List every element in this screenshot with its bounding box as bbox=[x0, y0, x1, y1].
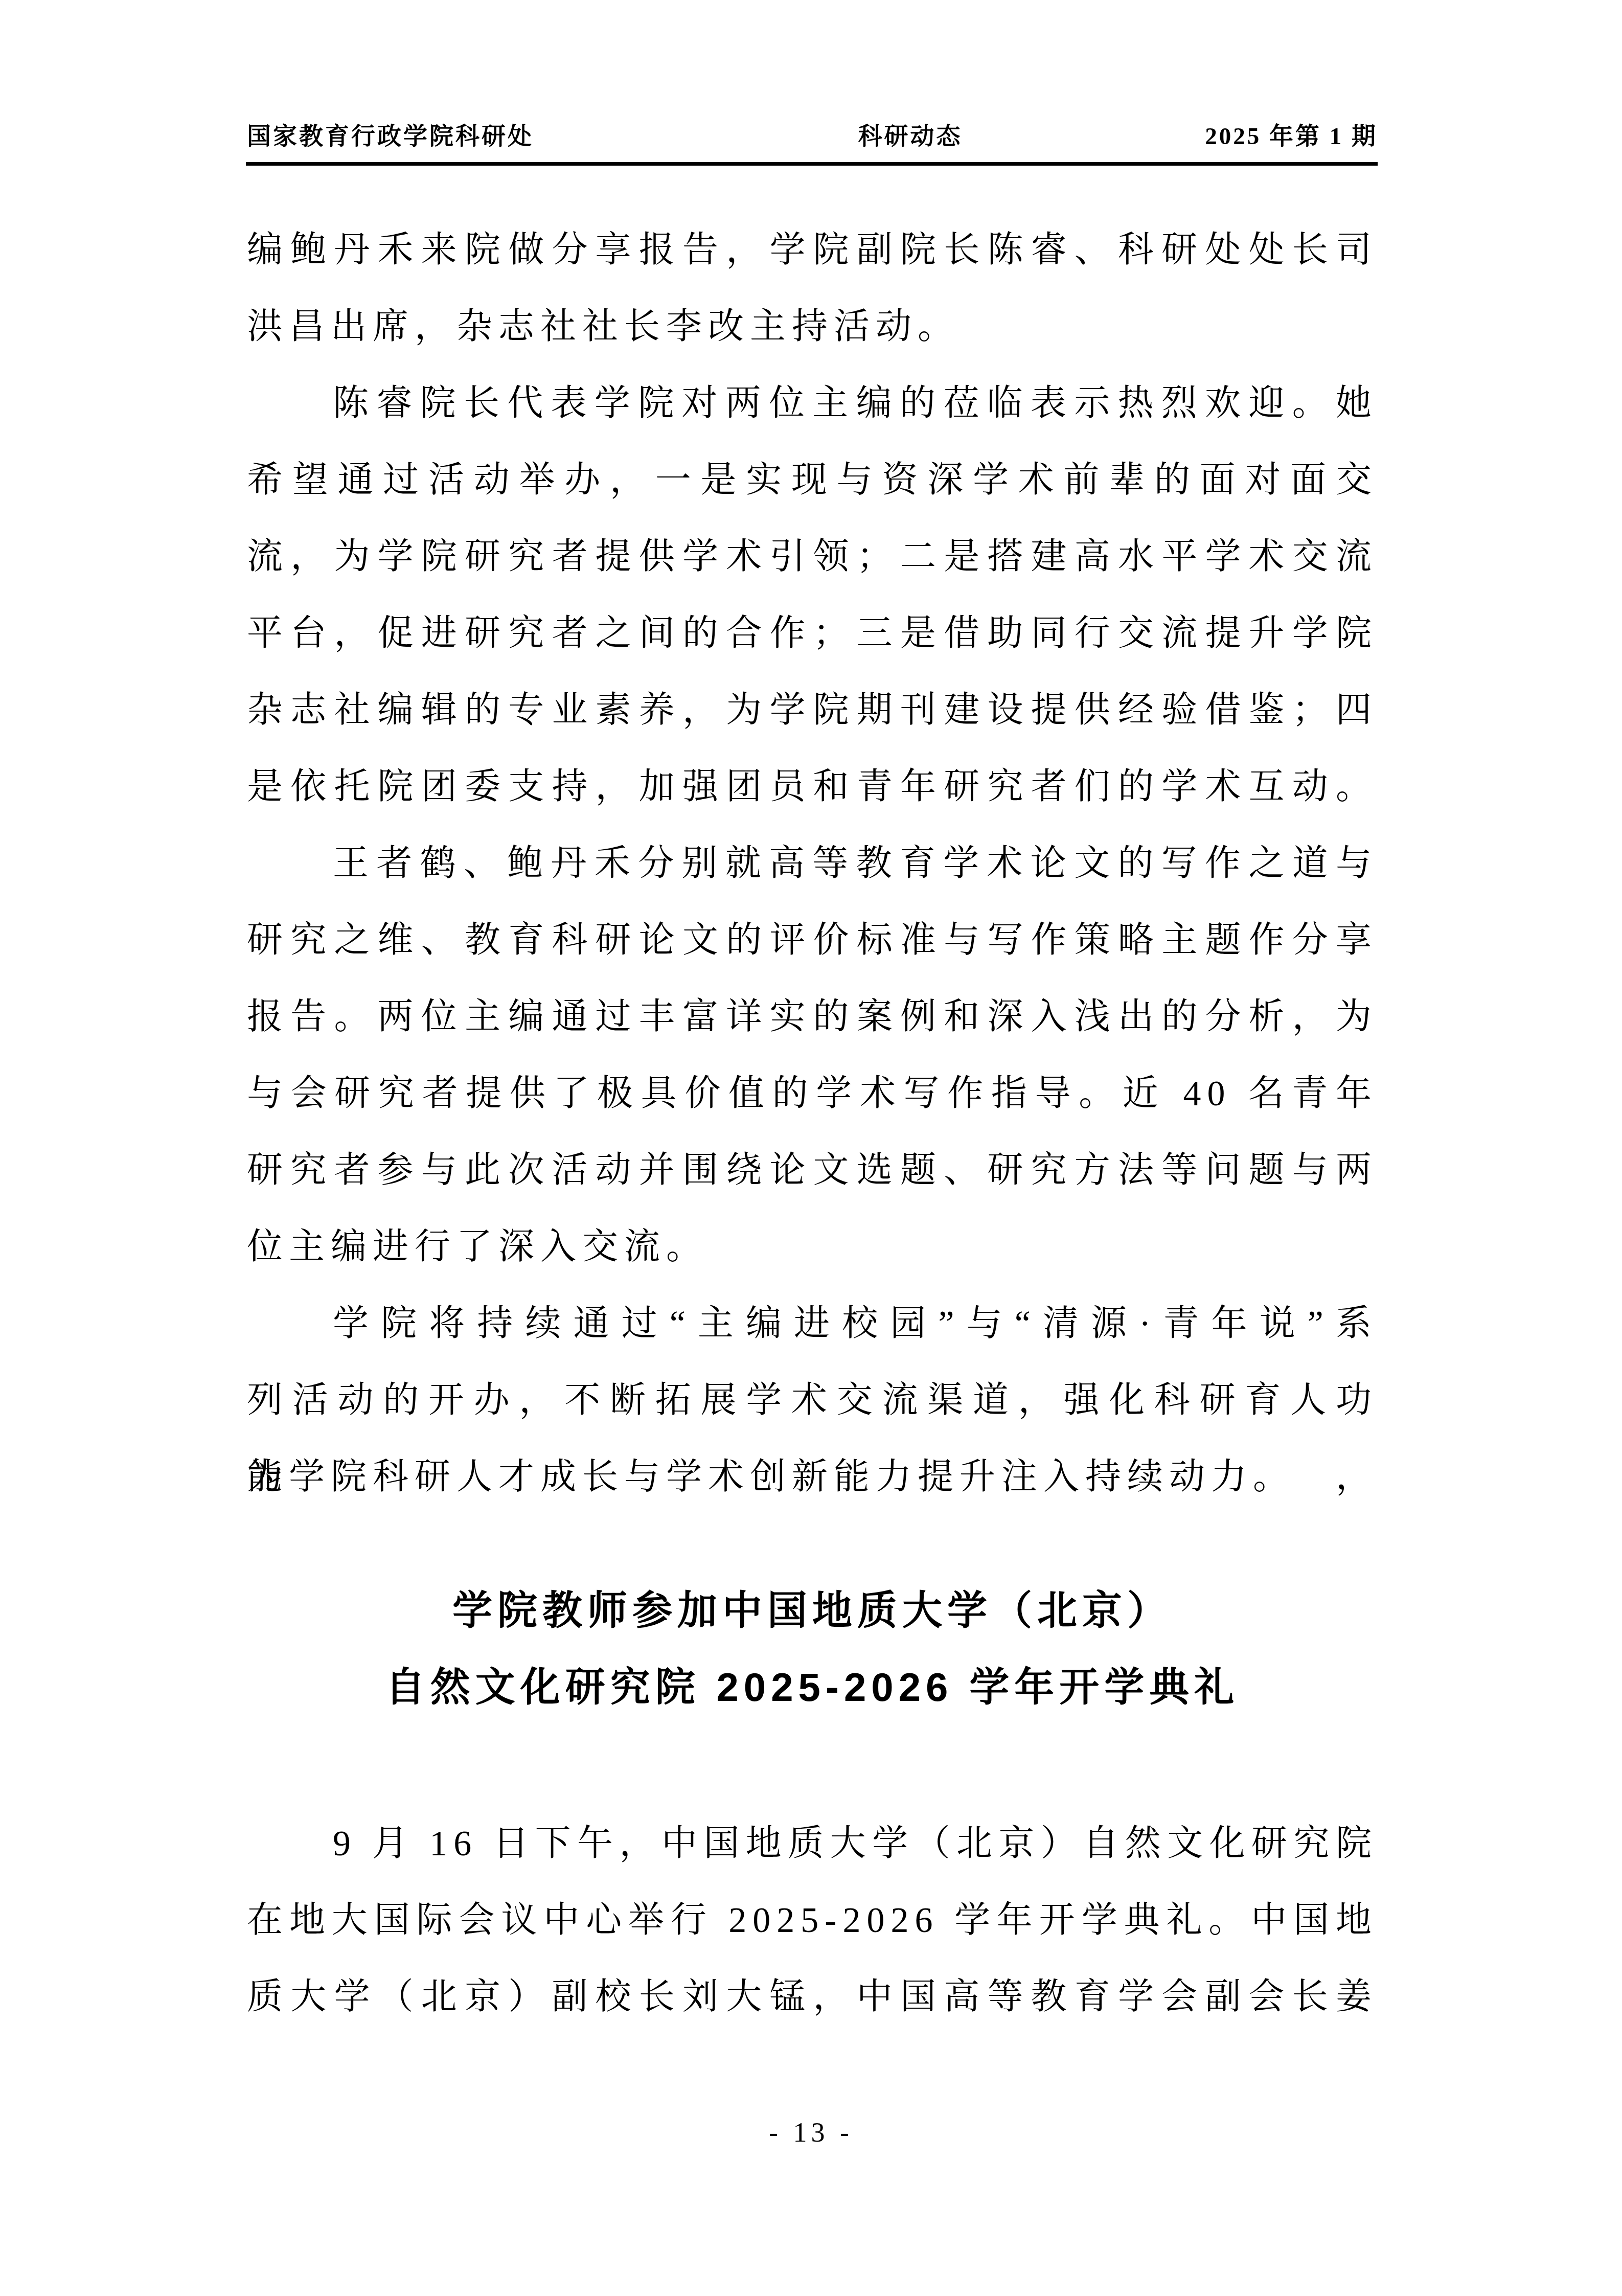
section-heading-line-1: 学院教师参加中国地质大学（北京） bbox=[247, 1572, 1378, 1649]
page-header: 国家教育行政学院科研处 科研动态 2025 年第 1 期 bbox=[247, 121, 1378, 152]
header-bulletin-title: 科研动态 bbox=[858, 121, 963, 152]
text-line: 研究者参与此次活动并围绕论文选题、研究方法等问题与两 bbox=[247, 1132, 1378, 1209]
section-heading-line-2: 自然文化研究院 2025-2026 学年开学典礼 bbox=[247, 1649, 1378, 1725]
text-line: 位主编进行了深入交流。 bbox=[247, 1209, 1378, 1286]
document-page: 国家教育行政学院科研处 科研动态 2025 年第 1 期 编鲍丹禾来院做分享报告… bbox=[0, 0, 1622, 2296]
text-line: 质大学（北京）副校长刘大锰，中国高等教育学会副会长姜 bbox=[247, 1959, 1378, 2036]
text-line: 陈睿院长代表学院对两位主编的莅临表示热烈欢迎。她 bbox=[247, 366, 1378, 442]
text-line: 学院将持续通过“主编进校园”与“清源·青年说”系 bbox=[247, 1286, 1378, 1362]
section-heading: 学院教师参加中国地质大学（北京） 自然文化研究院 2025-2026 学年开学典… bbox=[247, 1572, 1378, 1725]
text-line: 在地大国际会议中心举行 2025-2026 学年开学典礼。中国地 bbox=[247, 1882, 1378, 1959]
text-line: 是依托院团委支持，加强团员和青年研究者们的学术互动。 bbox=[247, 749, 1378, 826]
body-text-block: 编鲍丹禾来院做分享报告，学院副院长陈睿、科研处处长司 洪昌出席，杂志社社长李改主… bbox=[247, 212, 1378, 1516]
text-line: 流，为学院研究者提供学术引领；二是搭建高水平学术交流 bbox=[247, 519, 1378, 596]
text-line: 与会研究者提供了极具价值的学术写作指导。近 40 名青年 bbox=[247, 1056, 1378, 1132]
text-line: 为学院科研人才成长与学术创新能力提升注入持续动力。 bbox=[247, 1439, 1378, 1516]
text-line: 研究之维、教育科研论文的评价标准与写作策略主题作分享 bbox=[247, 902, 1378, 979]
text-line: 王者鹤、鲍丹禾分别就高等教育学术论文的写作之道与 bbox=[247, 826, 1378, 902]
header-office-name: 国家教育行政学院科研处 bbox=[247, 121, 534, 152]
text-line: 平台，促进研究者之间的合作；三是借助同行交流提升学院 bbox=[247, 596, 1378, 672]
body-text-block-after-heading: 9 月 16 日下午，中国地质大学（北京）自然文化研究院 在地大国际会议中心举行… bbox=[247, 1806, 1378, 2036]
header-issue-number: 2025 年第 1 期 bbox=[1205, 121, 1378, 152]
text-line: 编鲍丹禾来院做分享报告，学院副院长陈睿、科研处处长司 bbox=[247, 212, 1378, 289]
text-line: 希望通过活动举办，一是实现与资深学术前辈的面对面交 bbox=[247, 442, 1378, 519]
header-divider-rule bbox=[246, 162, 1378, 166]
text-line: 杂志社编辑的专业素养，为学院期刊建设提供经验借鉴；四 bbox=[247, 672, 1378, 749]
text-line: 报告。两位主编通过丰富详实的案例和深入浅出的分析，为 bbox=[247, 979, 1378, 1056]
page-number: - 13 - bbox=[0, 2117, 1622, 2148]
text-line: 列活动的开办，不断拓展学术交流渠道，强化科研育人功能， bbox=[247, 1362, 1378, 1439]
text-line: 9 月 16 日下午，中国地质大学（北京）自然文化研究院 bbox=[247, 1806, 1378, 1882]
text-line: 洪昌出席，杂志社社长李改主持活动。 bbox=[247, 289, 1378, 366]
